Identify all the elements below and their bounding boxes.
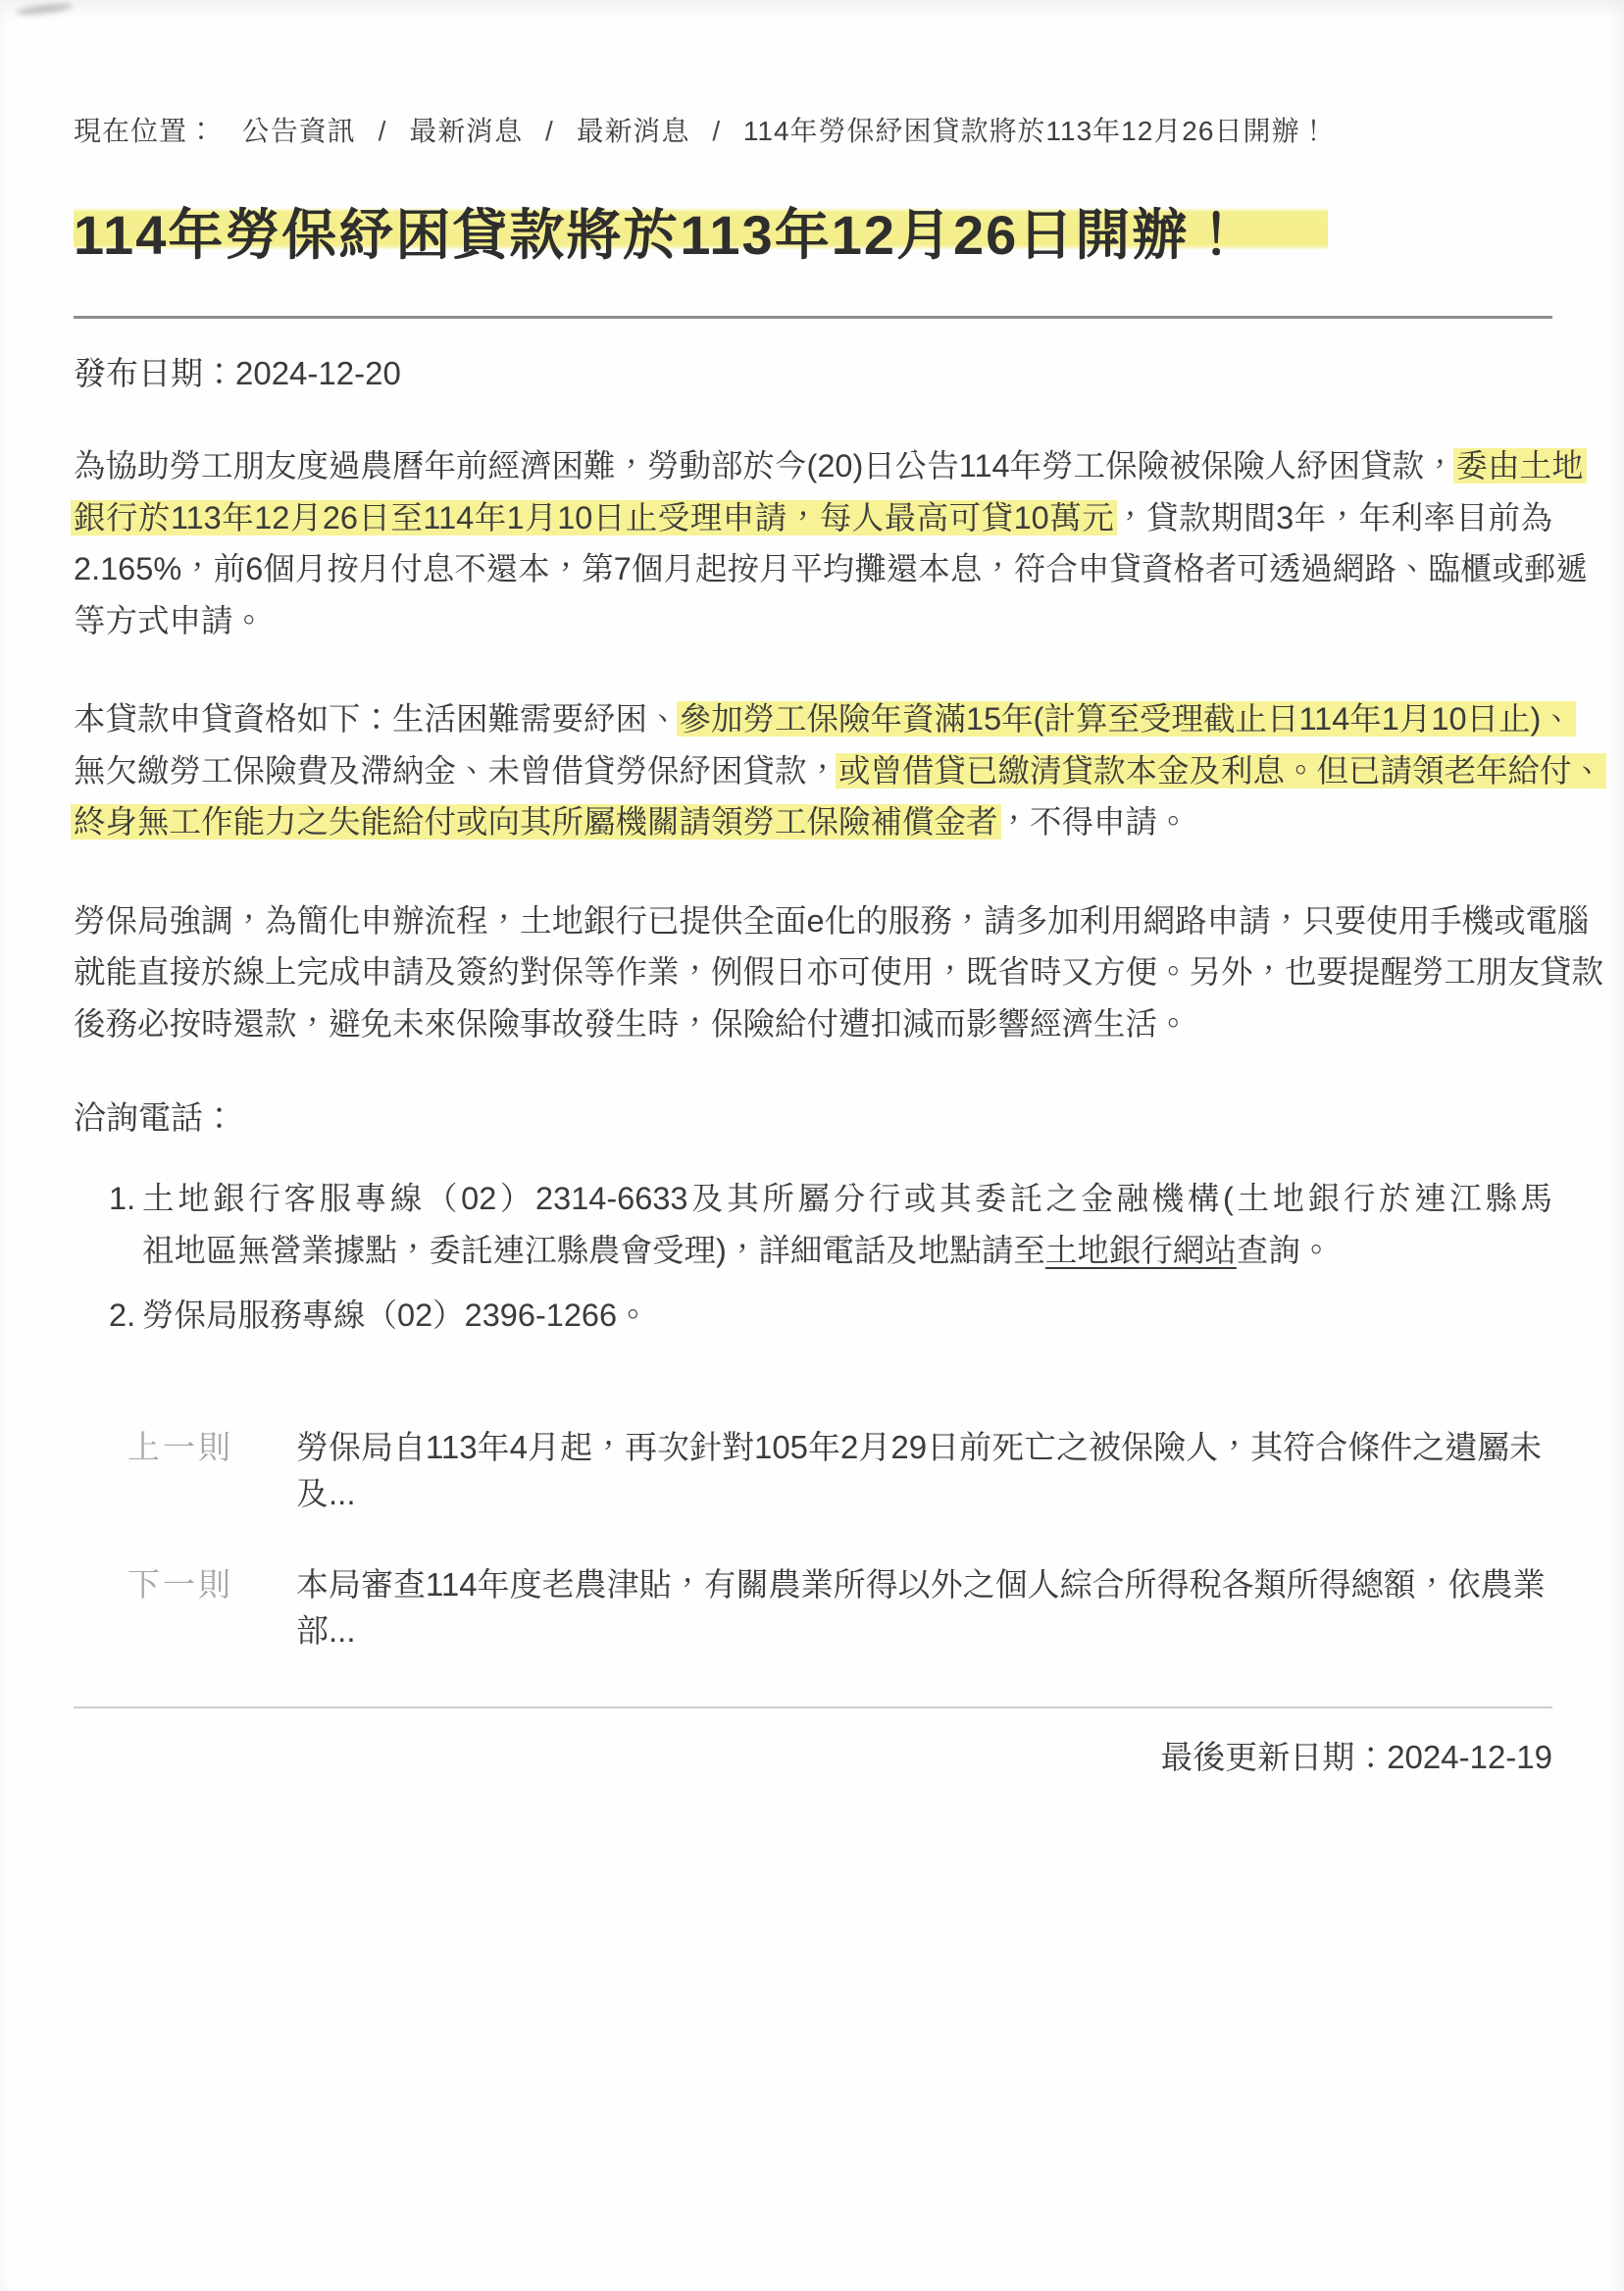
body-text: 就能直接於線上完成申請及簽約對保等作業，例假日亦可使用，既省時又方便。另外，也要… xyxy=(74,954,1603,990)
breadcrumb-separator: / xyxy=(545,116,554,146)
text-line: 勞保局服務專線（02）2396-1266。 xyxy=(142,1290,1552,1342)
text-line: 為協助勞工朋友度過農曆年前經濟困難，勞動部於今(20)日公告114年勞工保險被保… xyxy=(74,440,1552,492)
article-nav: 上一則 勞保局自113年4月起，再次針對105年2月29日前死亡之被保險人，其符… xyxy=(74,1422,1552,1652)
breadcrumb-separator: / xyxy=(712,116,721,146)
next-article-label: 下一則 xyxy=(127,1559,296,1652)
contact-item-text: 勞保局服務專線（02）2396-1266。 xyxy=(142,1290,1552,1342)
text-line: 本貸款申貸資格如下：生活困難需要紓困、參加勞工保險年資滿15年(計算至受理截止日… xyxy=(74,693,1552,745)
body-text: 為協助勞工朋友度過農曆年前經濟困難，勞動部於今(20)日公告114年勞工保險被保… xyxy=(74,448,1456,484)
next-article-link[interactable]: 本局審查114年度老農津貼，有關農業所得以外之個人綜合所得稅各類所得總額，依農業… xyxy=(296,1559,1552,1652)
breadcrumb-label: 現在位置： xyxy=(74,116,216,146)
article-paragraph: 本貸款申貸資格如下：生活困難需要紓困、參加勞工保險年資滿15年(計算至受理截止日… xyxy=(74,693,1552,848)
body-text: 本貸款申貸資格如下：生活困難需要紓困、 xyxy=(74,701,680,737)
text-line: 後務必按時還款，避免未來保險事故發生時，保險給付遭扣減而影響經濟生活。 xyxy=(74,998,1552,1050)
text-line: 土地銀行客服專線（02）2314-6633及其所屬分行或其委託之金融機構(土地銀… xyxy=(142,1173,1552,1225)
article-paragraph: 為協助勞工朋友度過農曆年前經濟困難，勞動部於今(20)日公告114年勞工保險被保… xyxy=(74,440,1552,646)
highlighted-text: 參加勞工保險年資滿15年(計算至受理截止日114年1月10日止)、 xyxy=(680,701,1573,737)
body-text: 後務必按時還款，避免未來保險事故發生時，保險給付遭扣減而影響經濟生活。 xyxy=(74,1006,1190,1042)
text-line: 等方式申請。 xyxy=(74,595,1552,647)
breadcrumb-link-announcements[interactable]: 公告資訊 xyxy=(242,116,356,146)
breadcrumb-link-latest-news[interactable]: 最新消息 xyxy=(409,116,523,146)
footer-divider xyxy=(74,1706,1552,1708)
article-body: 為協助勞工朋友度過農曆年前經濟困難，勞動部於今(20)日公告114年勞工保險被保… xyxy=(74,440,1552,1049)
highlighted-text: 委由土地 xyxy=(1456,448,1584,484)
body-text: 等方式申請。 xyxy=(74,603,265,638)
text-line: 無欠繳勞工保險費及滯納金、未曾借貸勞保紓困貸款，或曾借貸已繳清貸款本金及利息。但… xyxy=(74,745,1552,797)
contact-item-text: 土地銀行客服專線（02）2314-6633及其所屬分行或其委託之金融機構(土地銀… xyxy=(142,1173,1552,1276)
contact-item: 1.土地銀行客服專線（02）2314-6633及其所屬分行或其委託之金融機構(土… xyxy=(74,1173,1552,1276)
page-content: 現在位置： 公告資訊 / 最新消息 / 最新消息 / 114年勞保紓困貸款將於1… xyxy=(74,0,1552,1779)
title-divider xyxy=(74,316,1552,319)
breadcrumb-separator: / xyxy=(379,116,387,146)
body-text: ，不得申請。 xyxy=(998,804,1190,840)
breadcrumb-link-latest-news-2[interactable]: 最新消息 xyxy=(577,116,690,146)
highlighted-text: 終身無工作能力之失能給付或向其所屬機關請領勞工保險補償金者 xyxy=(74,804,998,840)
highlighted-text: 銀行於113年12月26日至114年1月10日止受理申請，每人最高可貸10萬元 xyxy=(74,500,1114,535)
last-updated: 最後更新日期：2024-12-19 xyxy=(74,1736,1552,1779)
publish-date: 發布日期：2024-12-20 xyxy=(74,352,1552,395)
item-number: 1. xyxy=(109,1173,142,1276)
body-text: 勞保局服務專線（02）2396-1266。 xyxy=(142,1298,649,1333)
prev-article-link[interactable]: 勞保局自113年4月起，再次針對105年2月29日前死亡之被保險人，其符合條件之… xyxy=(296,1422,1552,1514)
land-bank-website-link[interactable]: 土地銀行網站 xyxy=(1045,1233,1237,1268)
scan-artifact xyxy=(16,1,74,17)
text-line: 終身無工作能力之失能給付或向其所屬機關請領勞工保險補償金者，不得申請。 xyxy=(74,796,1552,848)
text-line: 銀行於113年12月26日至114年1月10日止受理申請，每人最高可貸10萬元，… xyxy=(74,492,1552,544)
body-text: 勞保局強調，為簡化申辦流程，土地銀行已提供全面e化的服務，請多加利用網路申請，只… xyxy=(74,903,1590,939)
publish-date-value: 2024-12-20 xyxy=(235,355,401,391)
text-line: 就能直接於線上完成申請及簽約對保等作業，例假日亦可使用，既省時又方便。另外，也要… xyxy=(74,946,1552,998)
body-text: 土地銀行客服專線（02）2314-6633及其所屬分行或其委託之金融機構(土地銀… xyxy=(142,1181,1552,1216)
last-updated-label: 最後更新日期： xyxy=(1160,1739,1387,1775)
text-line: 祖地區無營業據點，委託連江縣農會受理)，詳細電話及地點請至土地銀行網站查詢。 xyxy=(142,1225,1552,1277)
text-line: 2.165%，前6個月按月付息不還本，第7個月起按月平均攤還本息，符合申貸資格者… xyxy=(74,543,1552,595)
page-title: 114年勞保紓困貸款將於113年12月26日開辦！ xyxy=(74,198,1552,273)
page-title-highlight: 114年勞保紓困貸款將於113年12月26日開辦！ xyxy=(74,204,1328,266)
article-paragraph: 勞保局強調，為簡化申辦流程，土地銀行已提供全面e化的服務，請多加利用網路申請，只… xyxy=(74,895,1552,1050)
last-updated-value: 2024-12-19 xyxy=(1387,1739,1552,1775)
body-text: 查詢。 xyxy=(1237,1233,1333,1268)
contact-heading: 洽詢電話： xyxy=(74,1096,1552,1140)
next-article-row[interactable]: 下一則 本局審查114年度老農津貼，有關農業所得以外之個人綜合所得稅各類所得總額… xyxy=(74,1559,1552,1652)
publish-date-label: 發布日期： xyxy=(74,355,235,391)
body-text: 祖地區無營業據點，委託連江縣農會受理)，詳細電話及地點請至 xyxy=(142,1233,1045,1268)
breadcrumb-current: 114年勞保紓困貸款將於113年12月26日開辦！ xyxy=(743,116,1329,146)
breadcrumb: 現在位置： 公告資訊 / 最新消息 / 最新消息 / 114年勞保紓困貸款將於1… xyxy=(74,110,1552,149)
prev-article-label: 上一則 xyxy=(127,1422,296,1514)
item-number: 2. xyxy=(109,1290,142,1342)
body-text: ，貸款期間3年，年利率目前為 xyxy=(1114,500,1552,535)
contact-list: 1.土地銀行客服專線（02）2314-6633及其所屬分行或其委託之金融機構(土… xyxy=(74,1173,1552,1342)
contact-item: 2.勞保局服務專線（02）2396-1266。 xyxy=(74,1290,1552,1342)
body-text: 2.165%，前6個月按月付息不還本，第7個月起按月平均攤還本息，符合申貸資格者… xyxy=(74,551,1588,586)
body-text: 無欠繳勞工保險費及滯納金、未曾借貸勞保紓困貸款， xyxy=(74,753,838,789)
prev-article-row[interactable]: 上一則 勞保局自113年4月起，再次針對105年2月29日前死亡之被保險人，其符… xyxy=(74,1422,1552,1514)
highlighted-text: 或曾借貸已繳清貸款本金及利息。但已請領老年給付、 xyxy=(838,753,1603,789)
scanned-announcement-page: 現在位置： 公告資訊 / 最新消息 / 最新消息 / 114年勞保紓困貸款將於1… xyxy=(0,0,1624,2291)
text-line: 勞保局強調，為簡化申辦流程，土地銀行已提供全面e化的服務，請多加利用網路申請，只… xyxy=(74,895,1552,947)
